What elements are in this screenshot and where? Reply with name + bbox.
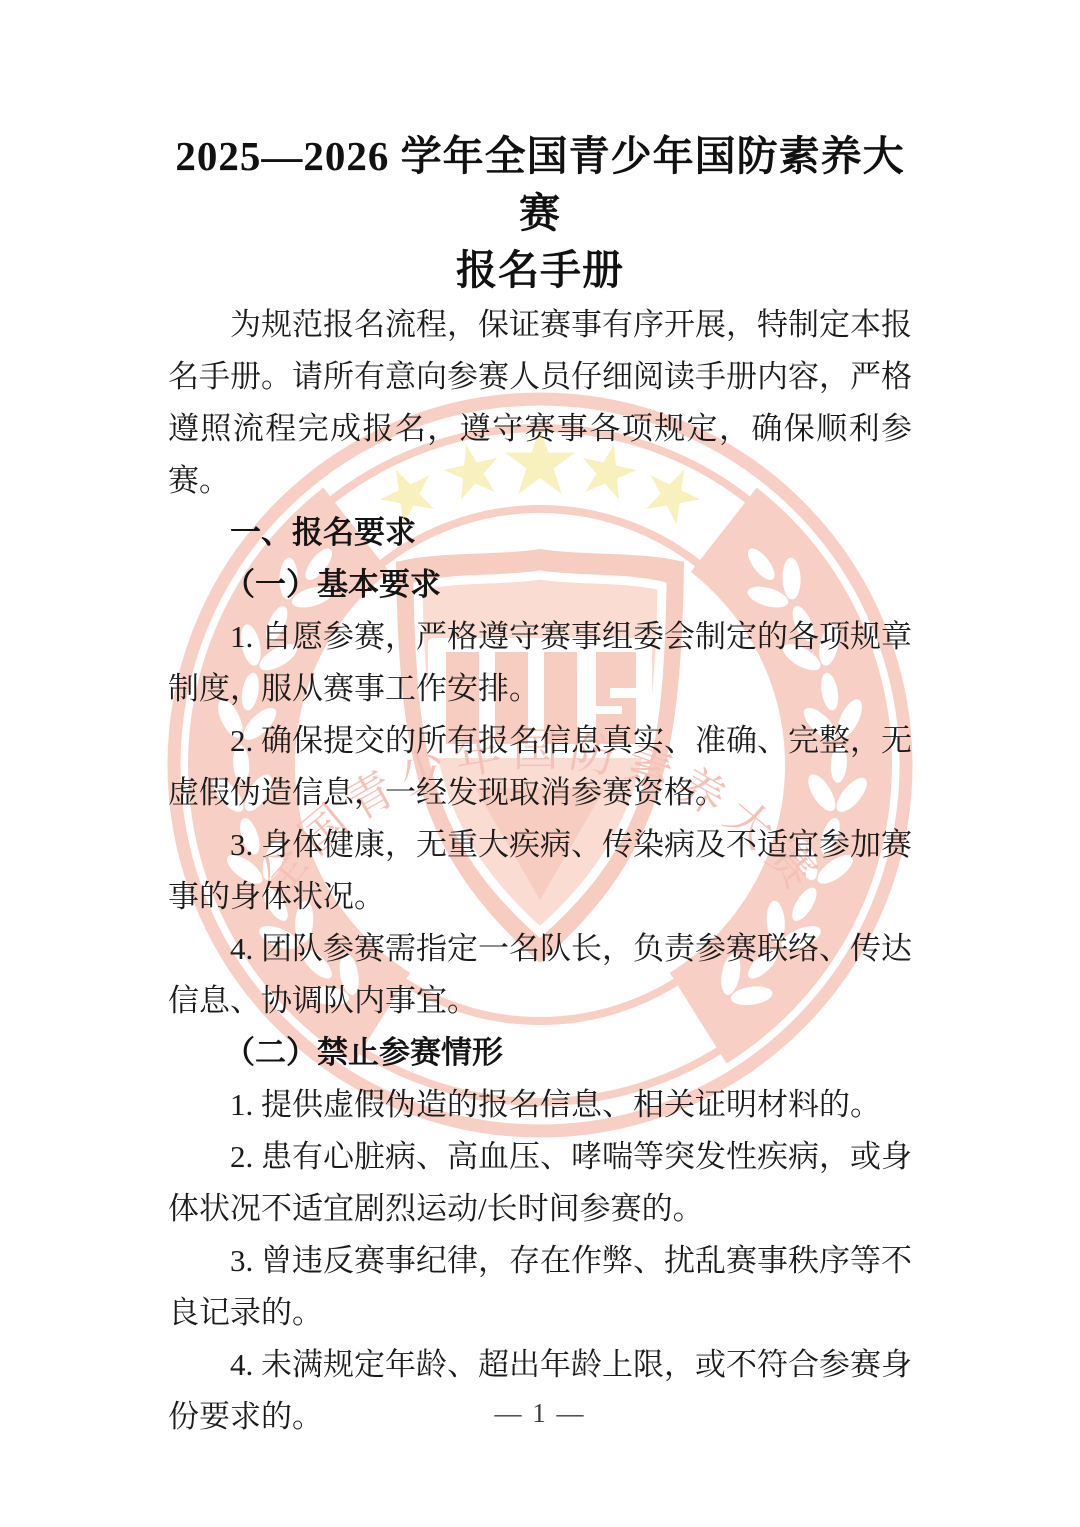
title-line-2: 报名手册	[456, 247, 624, 293]
list-item: 2. 患有心脏病、高血压、哮喘等突发性疾病，或身体状况不适宜剧烈运动/长时间参赛…	[168, 1131, 912, 1235]
list-item: 4. 团队参赛需指定一名队长，负责参赛联络、传达信息、协调队内事宜。	[168, 923, 912, 1027]
list-item: 3. 曾违反赛事纪律，存在作弊、扰乱赛事秩序等不良记录的。	[168, 1235, 912, 1339]
intro-paragraph: 为规范报名流程，保证赛事有序开展，特制定本报名手册。请所有意向参赛人员仔细阅读手…	[168, 299, 912, 507]
list-item: 3. 身体健康，无重大疾病、传染病及不适宜参加赛事的身体状况。	[168, 819, 912, 923]
document-content: 2025—2026 学年全国青少年国防素养大赛 报名手册 为规范报名流程，保证赛…	[168, 0, 912, 1443]
subsection-heading-basic-requirements: （一）基本要求	[168, 559, 912, 611]
document-page: 全国青少年国防素养大赛 2025—2026 学年全国青少年国防素养大赛 报名手册…	[0, 0, 1080, 1527]
list-item: 1. 提供虚假伪造的报名信息、相关证明材料的。	[168, 1079, 912, 1131]
page-title: 2025—2026 学年全国青少年国防素养大赛 报名手册	[168, 128, 912, 299]
list-item: 2. 确保提交的所有报名信息真实、准确、完整，无虚假伪造信息，一经发现取消参赛资…	[168, 715, 912, 819]
section-heading-registration-requirements: 一、报名要求	[168, 507, 912, 559]
subsection-heading-prohibited-situations: （二）禁止参赛情形	[168, 1027, 912, 1079]
title-line-1: 2025—2026 学年全国青少年国防素养大赛	[175, 133, 904, 236]
page-number: — 1 —	[0, 1398, 1080, 1429]
list-item: 1. 自愿参赛，严格遵守赛事组委会制定的各项规章制度，服从赛事工作安排。	[168, 611, 912, 715]
